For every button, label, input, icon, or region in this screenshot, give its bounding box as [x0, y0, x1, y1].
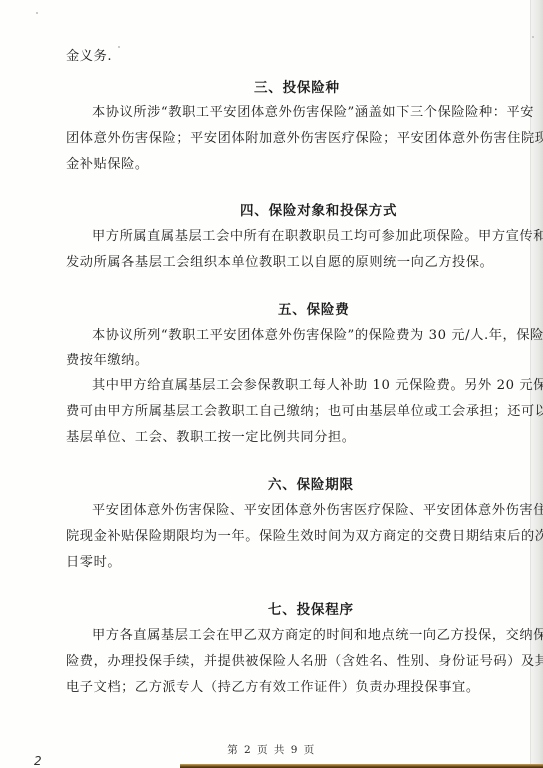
section-7-line-3: 电子文档；乙方派专人（持乙方有效工作证件）负责办理投保事宜。: [66, 680, 480, 696]
section-7-line-1: 甲方各直属基层工会在甲乙双方商定的时间和地点统一向乙方投保，交纳保: [92, 628, 543, 644]
page-number-footer: 第 2 页 共 9 页: [0, 742, 543, 757]
section-3-line-3: 金补贴保险。: [66, 157, 149, 173]
section-7-line-2: 险费，办理投保手续，并提供被保险人名册（含姓名、性别、身份证号码）及其: [66, 654, 543, 670]
section-heading-4: 四、保险对象和投保方式: [240, 203, 397, 219]
section-heading-5: 五、保险费: [278, 302, 350, 318]
section-6-line-1: 平安团体意外伤害保险、平安团体意外伤害医疗保险、平安团体意外伤害住: [92, 503, 543, 519]
carryover-text: 金义务.: [66, 49, 112, 65]
scan-bottom-border: [180, 764, 543, 768]
section-5-line-1: 本协议所列“教职工平安团体意外伤害保险”的保险费为 30 元/人.年，保险: [92, 328, 543, 344]
section-heading-7: 七、投保程序: [268, 602, 354, 618]
section-6-line-3: 日零时。: [66, 555, 121, 571]
scan-speck: [118, 46, 120, 48]
section-6-line-2: 院现金补贴保险期限均为一年。保险生效时间为双方商定的交费日期结束后的次: [66, 529, 543, 545]
section-5-line-4: 费可由甲方所属基层工会教职工自己缴纳；也可由基层单位或工会承担；还可以由: [66, 404, 543, 420]
section-3-line-2: 团体意外伤害保险；平安团体附加意外伤害医疗保险；平安团体意外伤害住院现: [66, 131, 543, 147]
section-3-line-1: 本协议所涉“教职工平安团体意外伤害保险”涵盖如下三个保险险种：平安: [92, 105, 534, 121]
section-5-line-3: 其中甲方给直属基层工会参保教职工每人补助 10 元保险费。另外 20 元保险: [92, 378, 543, 394]
section-4-line-2: 发动所属各基层工会组织本单位教职工以自愿的原则统一向乙方投保。: [66, 255, 493, 271]
scan-speck: [36, 12, 38, 14]
section-5-line-2: 费按年缴纳。: [66, 353, 149, 369]
scanned-page: 金义务. 三、投保险种 本协议所涉“教职工平安团体意外伤害保险”涵盖如下三个保险…: [0, 0, 543, 768]
section-heading-6: 六、保险期限: [268, 477, 354, 493]
scan-speck: [532, 36, 534, 38]
section-5-line-5: 基层单位、工会、教职工按一定比例共同分担。: [66, 430, 356, 446]
handwritten-page-mark: 2: [34, 754, 42, 768]
section-heading-3: 三、投保险种: [254, 80, 340, 96]
section-4-line-1: 甲方所属直属基层工会中所有在职教职员工均可参加此项保险。甲方宣传和: [92, 229, 543, 245]
